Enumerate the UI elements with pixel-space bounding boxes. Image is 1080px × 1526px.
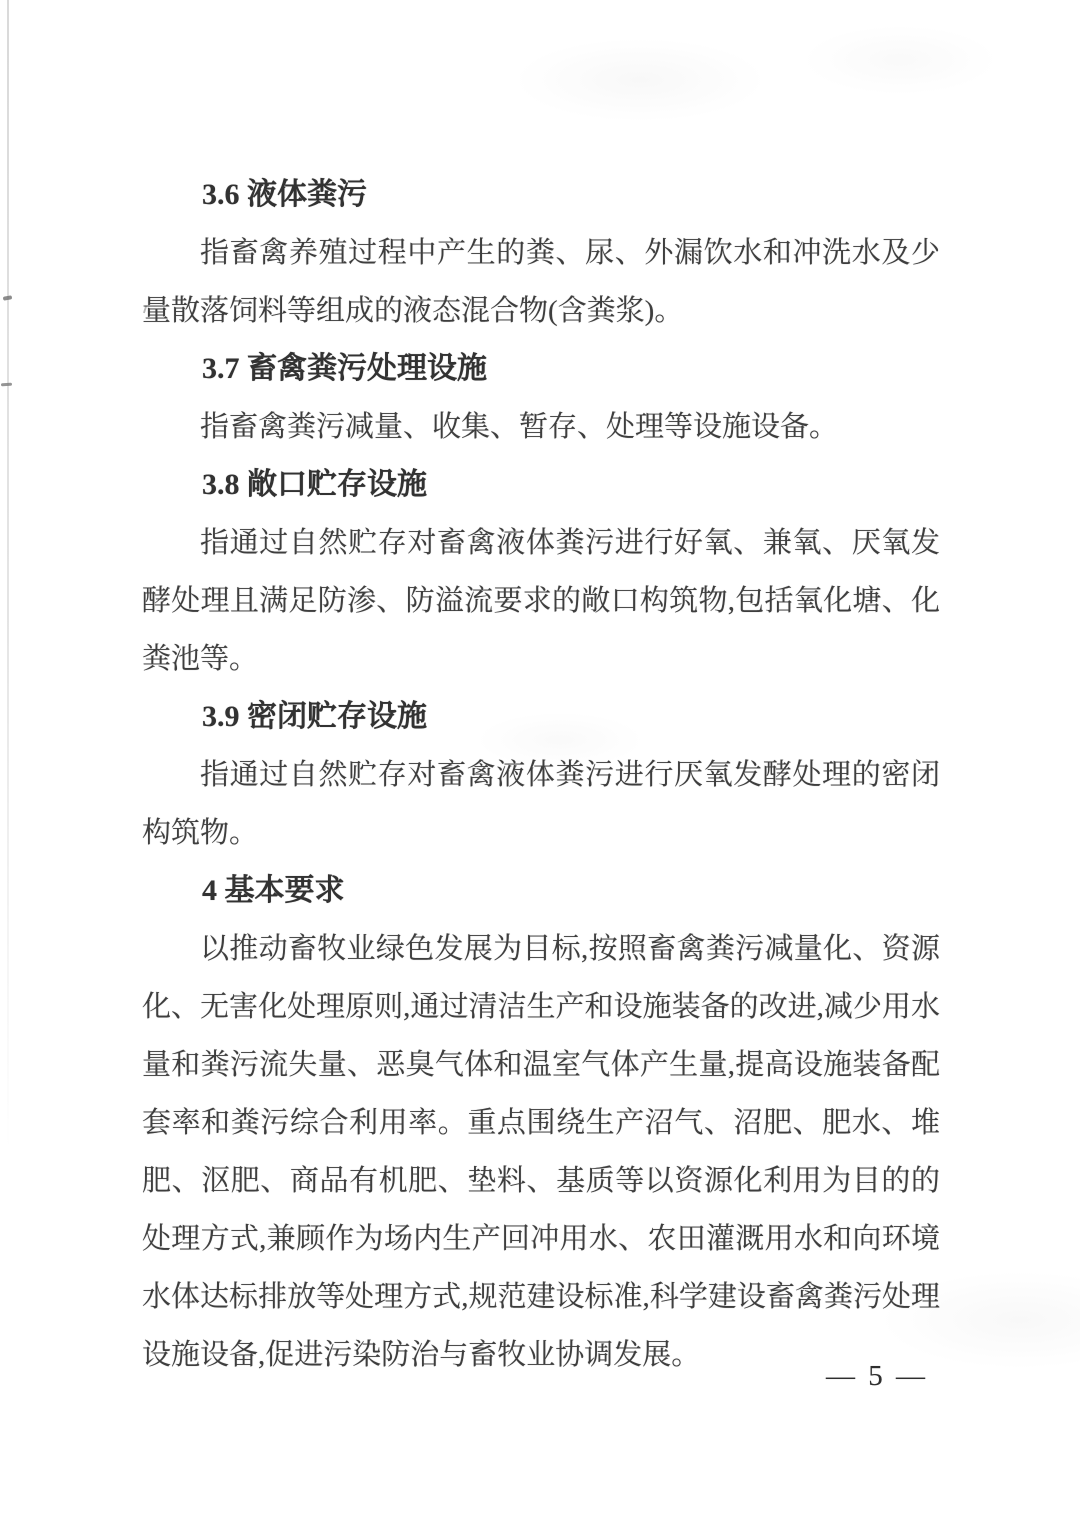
paragraph-4-basic-requirements: 以推动畜牧业绿色发展为目标,按照畜禽粪污减量化、资源化、无害化处理原则,通过清洁… <box>142 920 940 1384</box>
paragraph-3-8-definition: 指通过自然贮存对畜禽液体粪污进行好氧、兼氧、厌氧发酵处理且满足防渗、防溢流要求的… <box>142 514 940 688</box>
section-heading-3-7-treatment-facilities: 3.7 畜禽粪污处理设施 <box>142 340 940 398</box>
section-heading-4-basic-requirements: 4 基本要求 <box>142 862 940 920</box>
scan-artifact-left-edge <box>7 0 9 1150</box>
scanned-document-page: 3.6 液体粪污 指畜禽养殖过程中产生的粪、尿、外漏饮水和冲洗水及少量散落饲料等… <box>0 0 1080 1526</box>
document-body: 3.6 液体粪污 指畜禽养殖过程中产生的粪、尿、外漏饮水和冲洗水及少量散落饲料等… <box>142 166 940 1384</box>
paragraph-3-9-definition: 指通过自然贮存对畜禽液体粪污进行厌氧发酵处理的密闭构筑物。 <box>142 746 940 862</box>
scan-artifact-speck <box>3 295 13 301</box>
section-heading-3-8-open-storage: 3.8 敞口贮存设施 <box>142 456 940 514</box>
paragraph-3-6-definition: 指畜禽养殖过程中产生的粪、尿、外漏饮水和冲洗水及少量散落饲料等组成的液态混合物(… <box>142 224 940 340</box>
paragraph-3-7-definition: 指畜禽粪污减量、收集、暂存、处理等设施设备。 <box>142 398 940 456</box>
scan-artifact-speck <box>1 383 12 387</box>
section-heading-3-6-liquid-manure: 3.6 液体粪污 <box>142 166 940 224</box>
section-heading-3-9-closed-storage: 3.9 密闭贮存设施 <box>142 688 940 746</box>
page-number: — 5 — <box>826 1360 928 1393</box>
